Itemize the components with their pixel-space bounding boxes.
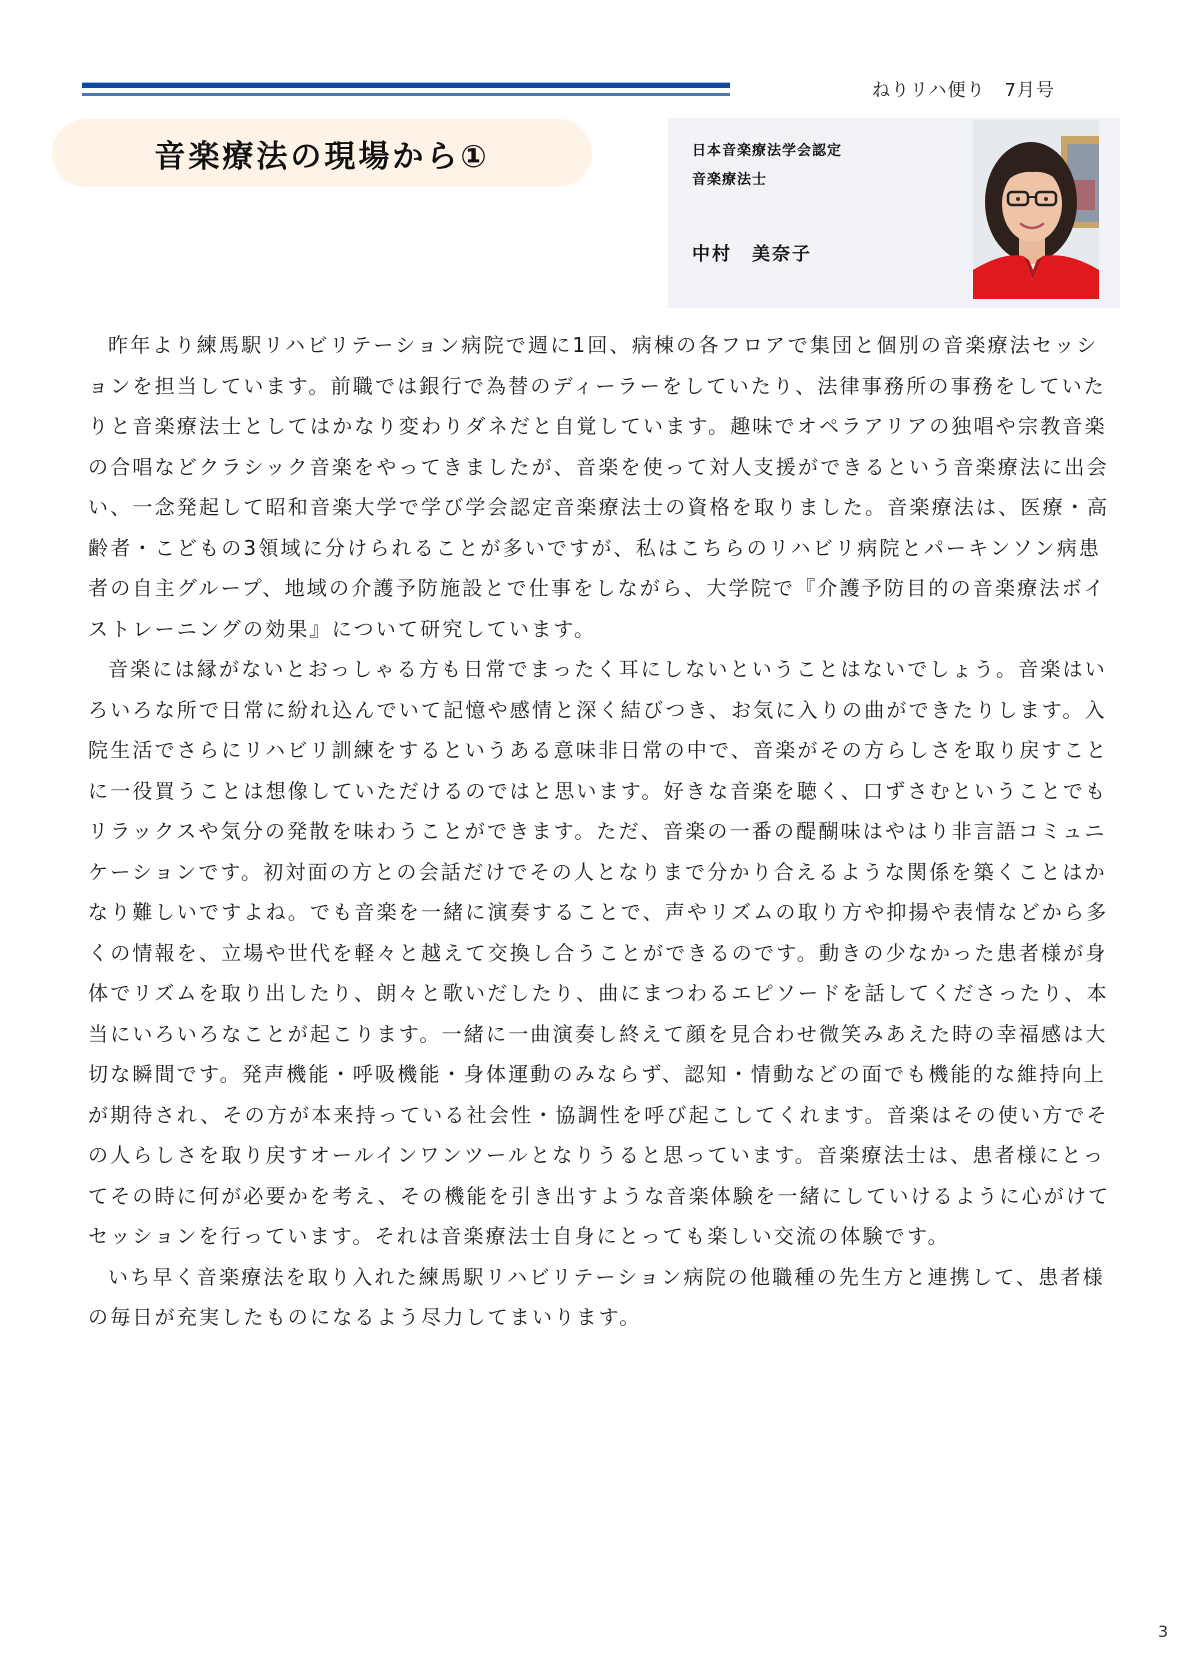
header-rule-thick (82, 82, 730, 88)
page-number: 3 (1158, 1622, 1168, 1641)
portrait-icon (973, 120, 1099, 299)
author-name: 中村 美奈子 (692, 240, 812, 266)
article-paragraph-1: 昨年より練馬駅リハビリテーション病院で週に1回、病棟の各フロアで集団と個別の音楽… (88, 325, 1118, 649)
article-paragraph-3: いち早く音楽療法を取り入れた練馬駅リハビリテーション病院の他職種の先生方と連携し… (88, 1257, 1118, 1338)
author-box: 日本音楽療法学会認定 音楽療法士 中村 美奈子 (668, 118, 1120, 308)
article-paragraph-2: 音楽には縁がないとおっしゃる方も日常でまったく耳にしないということはないでしょう… (88, 649, 1118, 1257)
author-credential-line2: 音楽療法士 (692, 169, 767, 189)
header-rule-thin (82, 93, 730, 96)
issue-label: ねりリハ便り 7月号 (872, 76, 1055, 102)
author-photo (973, 120, 1099, 299)
page-title: 音楽療法の現場から① (154, 131, 489, 176)
author-credential-line1: 日本音楽療法学会認定 (692, 140, 842, 160)
title-banner: 音楽療法の現場から① (52, 119, 592, 187)
article-body: 昨年より練馬駅リハビリテーション病院で週に1回、病棟の各フロアで集団と個別の音楽… (88, 325, 1118, 1338)
